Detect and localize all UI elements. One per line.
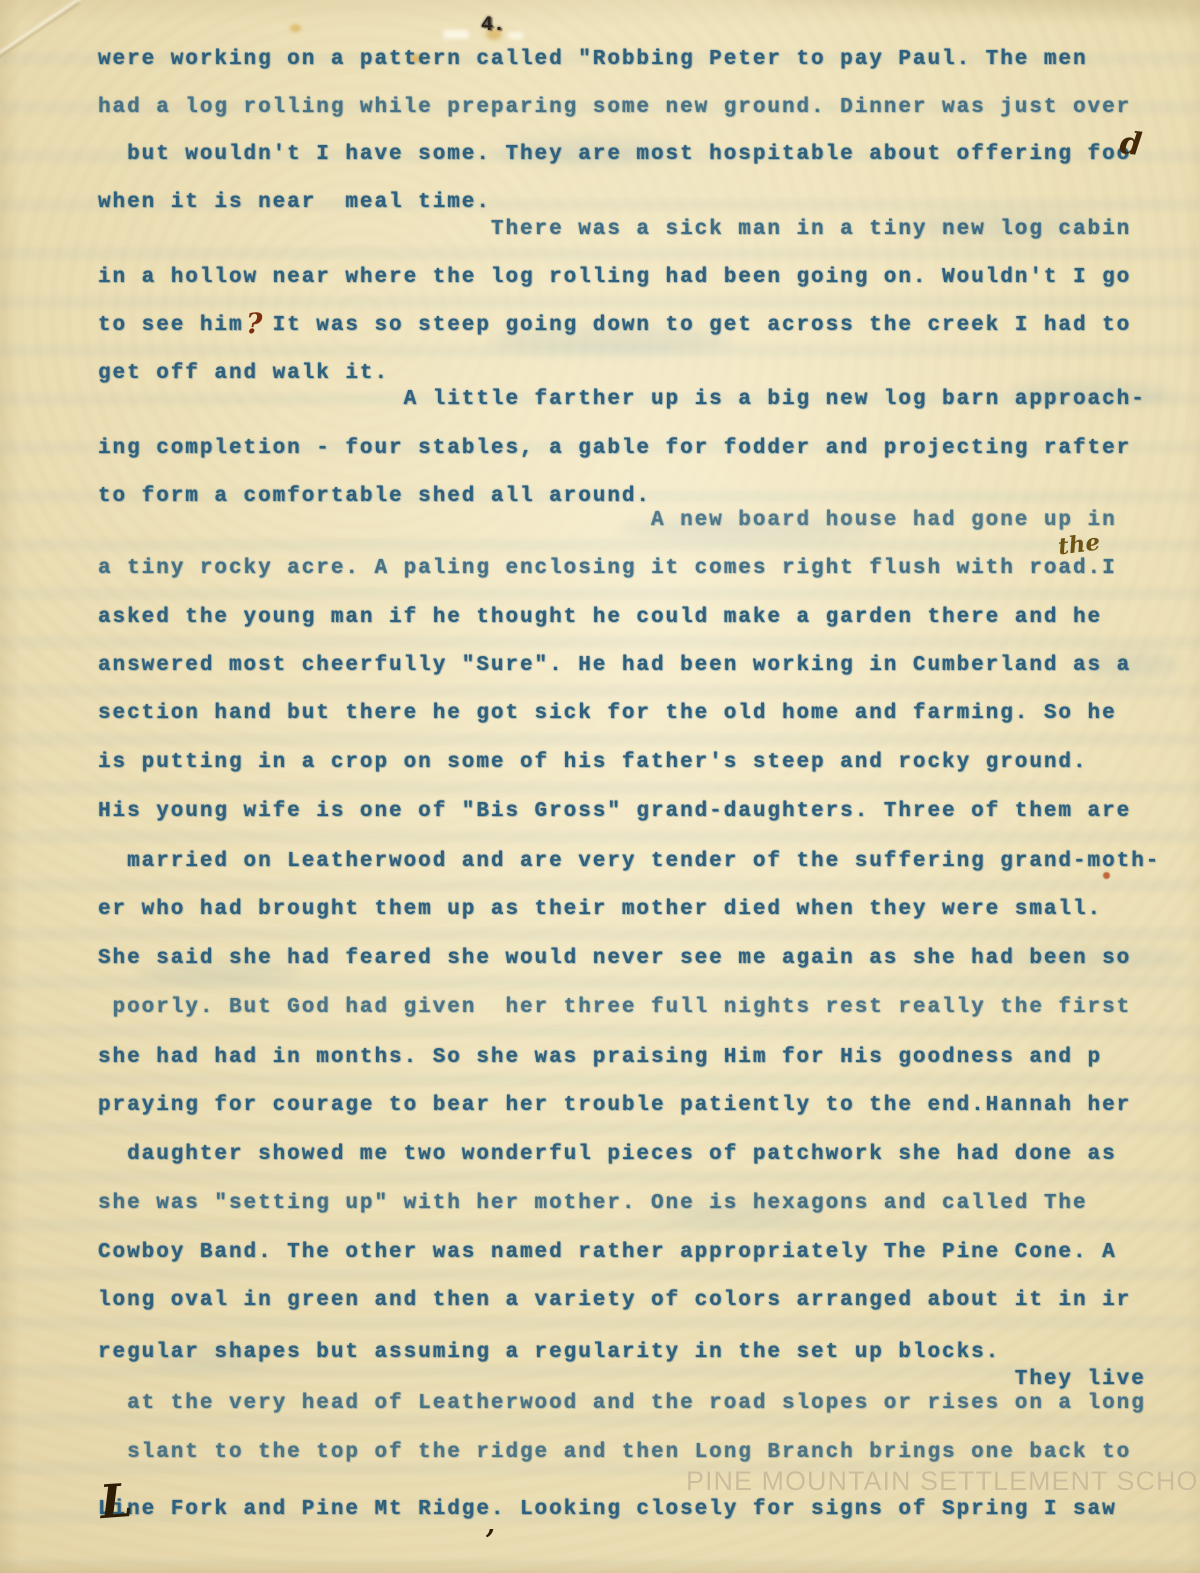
fold-crease-highlight	[0, 0, 83, 59]
typed-line-20: er who had brought them up as their moth…	[98, 898, 1102, 922]
typed-line-1: were working on a pattern called "Robbin…	[98, 48, 1088, 72]
typed-line-11: to form a comfortable shed all around.	[98, 485, 651, 509]
typed-line-3: but wouldn't I have some. They are most …	[98, 143, 1131, 167]
top-wrinkle-shading	[769, 0, 1200, 34]
typed-line-16: section hand but there he got sick for t…	[98, 702, 1117, 726]
typed-line-10: ing completion - four stables, a gable f…	[98, 437, 1131, 461]
correction-spot	[508, 32, 524, 39]
typed-line-32: slant to the top of the ridge and then L…	[98, 1441, 1131, 1465]
handwritten-inserted-word: the	[1057, 529, 1102, 561]
typed-line-31: at the very head of Leatherwood and the …	[98, 1392, 1146, 1416]
typed-line-30: They live	[98, 1368, 1146, 1392]
typed-line-26: she was "setting up" with her mother. On…	[98, 1192, 1088, 1216]
ghost-ink-bands	[0, 24, 1200, 1564]
typed-line-13: a tiny rocky acre. A paling enclosing it…	[98, 557, 1117, 581]
typed-line-12: A new board house had gone up in	[98, 509, 1117, 533]
typed-line-8: get off and walk it.	[98, 362, 389, 386]
typed-line-9: A little farther up is a big new log bar…	[98, 388, 1146, 412]
typed-line-17: is putting in a crop on some of his fath…	[98, 751, 1088, 775]
typed-line-33: Line Fork and Pine Mt Ridge. Looking clo…	[98, 1498, 1117, 1522]
typed-line-22: poorly. But God had given her three full…	[98, 996, 1131, 1020]
correction-spot	[443, 30, 469, 39]
typed-line-27: Cowboy Band. The other was named rather …	[98, 1241, 1117, 1265]
typed-line-7: to see him It was so steep going down to…	[98, 314, 1131, 338]
typed-line-15: answered most cheerfully "Sure". He had …	[98, 654, 1131, 678]
typed-line-6: in a hollow near where the log rolling h…	[98, 266, 1131, 290]
typed-line-14: asked the young man if he thought he cou…	[98, 606, 1102, 630]
typed-line-4: when it is near meal time.	[98, 191, 491, 215]
ink-stain	[290, 24, 301, 32]
typed-line-2: had a log rolling while preparing some n…	[98, 96, 1131, 120]
typed-line-23: she had had in months. So she was praisi…	[98, 1046, 1102, 1070]
typed-line-18: His young wife is one of "Bis Gross" gra…	[98, 800, 1131, 824]
typed-line-24: praying for courage to bear her trouble …	[98, 1094, 1131, 1118]
typed-line-25: daughter showed me two wonderful pieces …	[98, 1143, 1117, 1167]
fold-crease-shadow	[0, 2, 80, 62]
typed-line-19: married on Leatherwood and are very tend…	[98, 850, 1160, 874]
typed-line-21: She said she had feared she would never …	[98, 947, 1131, 971]
typed-line-28: long oval in green and then a variety of…	[98, 1289, 1131, 1313]
page-number: 4.	[481, 14, 505, 37]
typed-line-29: regular shapes but assuming a regularity…	[98, 1341, 1000, 1365]
archive-watermark: PINE MOUNTAIN SETTLEMENT SCHOOL 2015	[686, 1466, 1200, 1497]
typed-line-5: There was a sick man in a tiny new log c…	[98, 218, 1131, 242]
scanned-letter-page: 4. were working on a pattern called "Rob…	[0, 0, 1200, 1573]
